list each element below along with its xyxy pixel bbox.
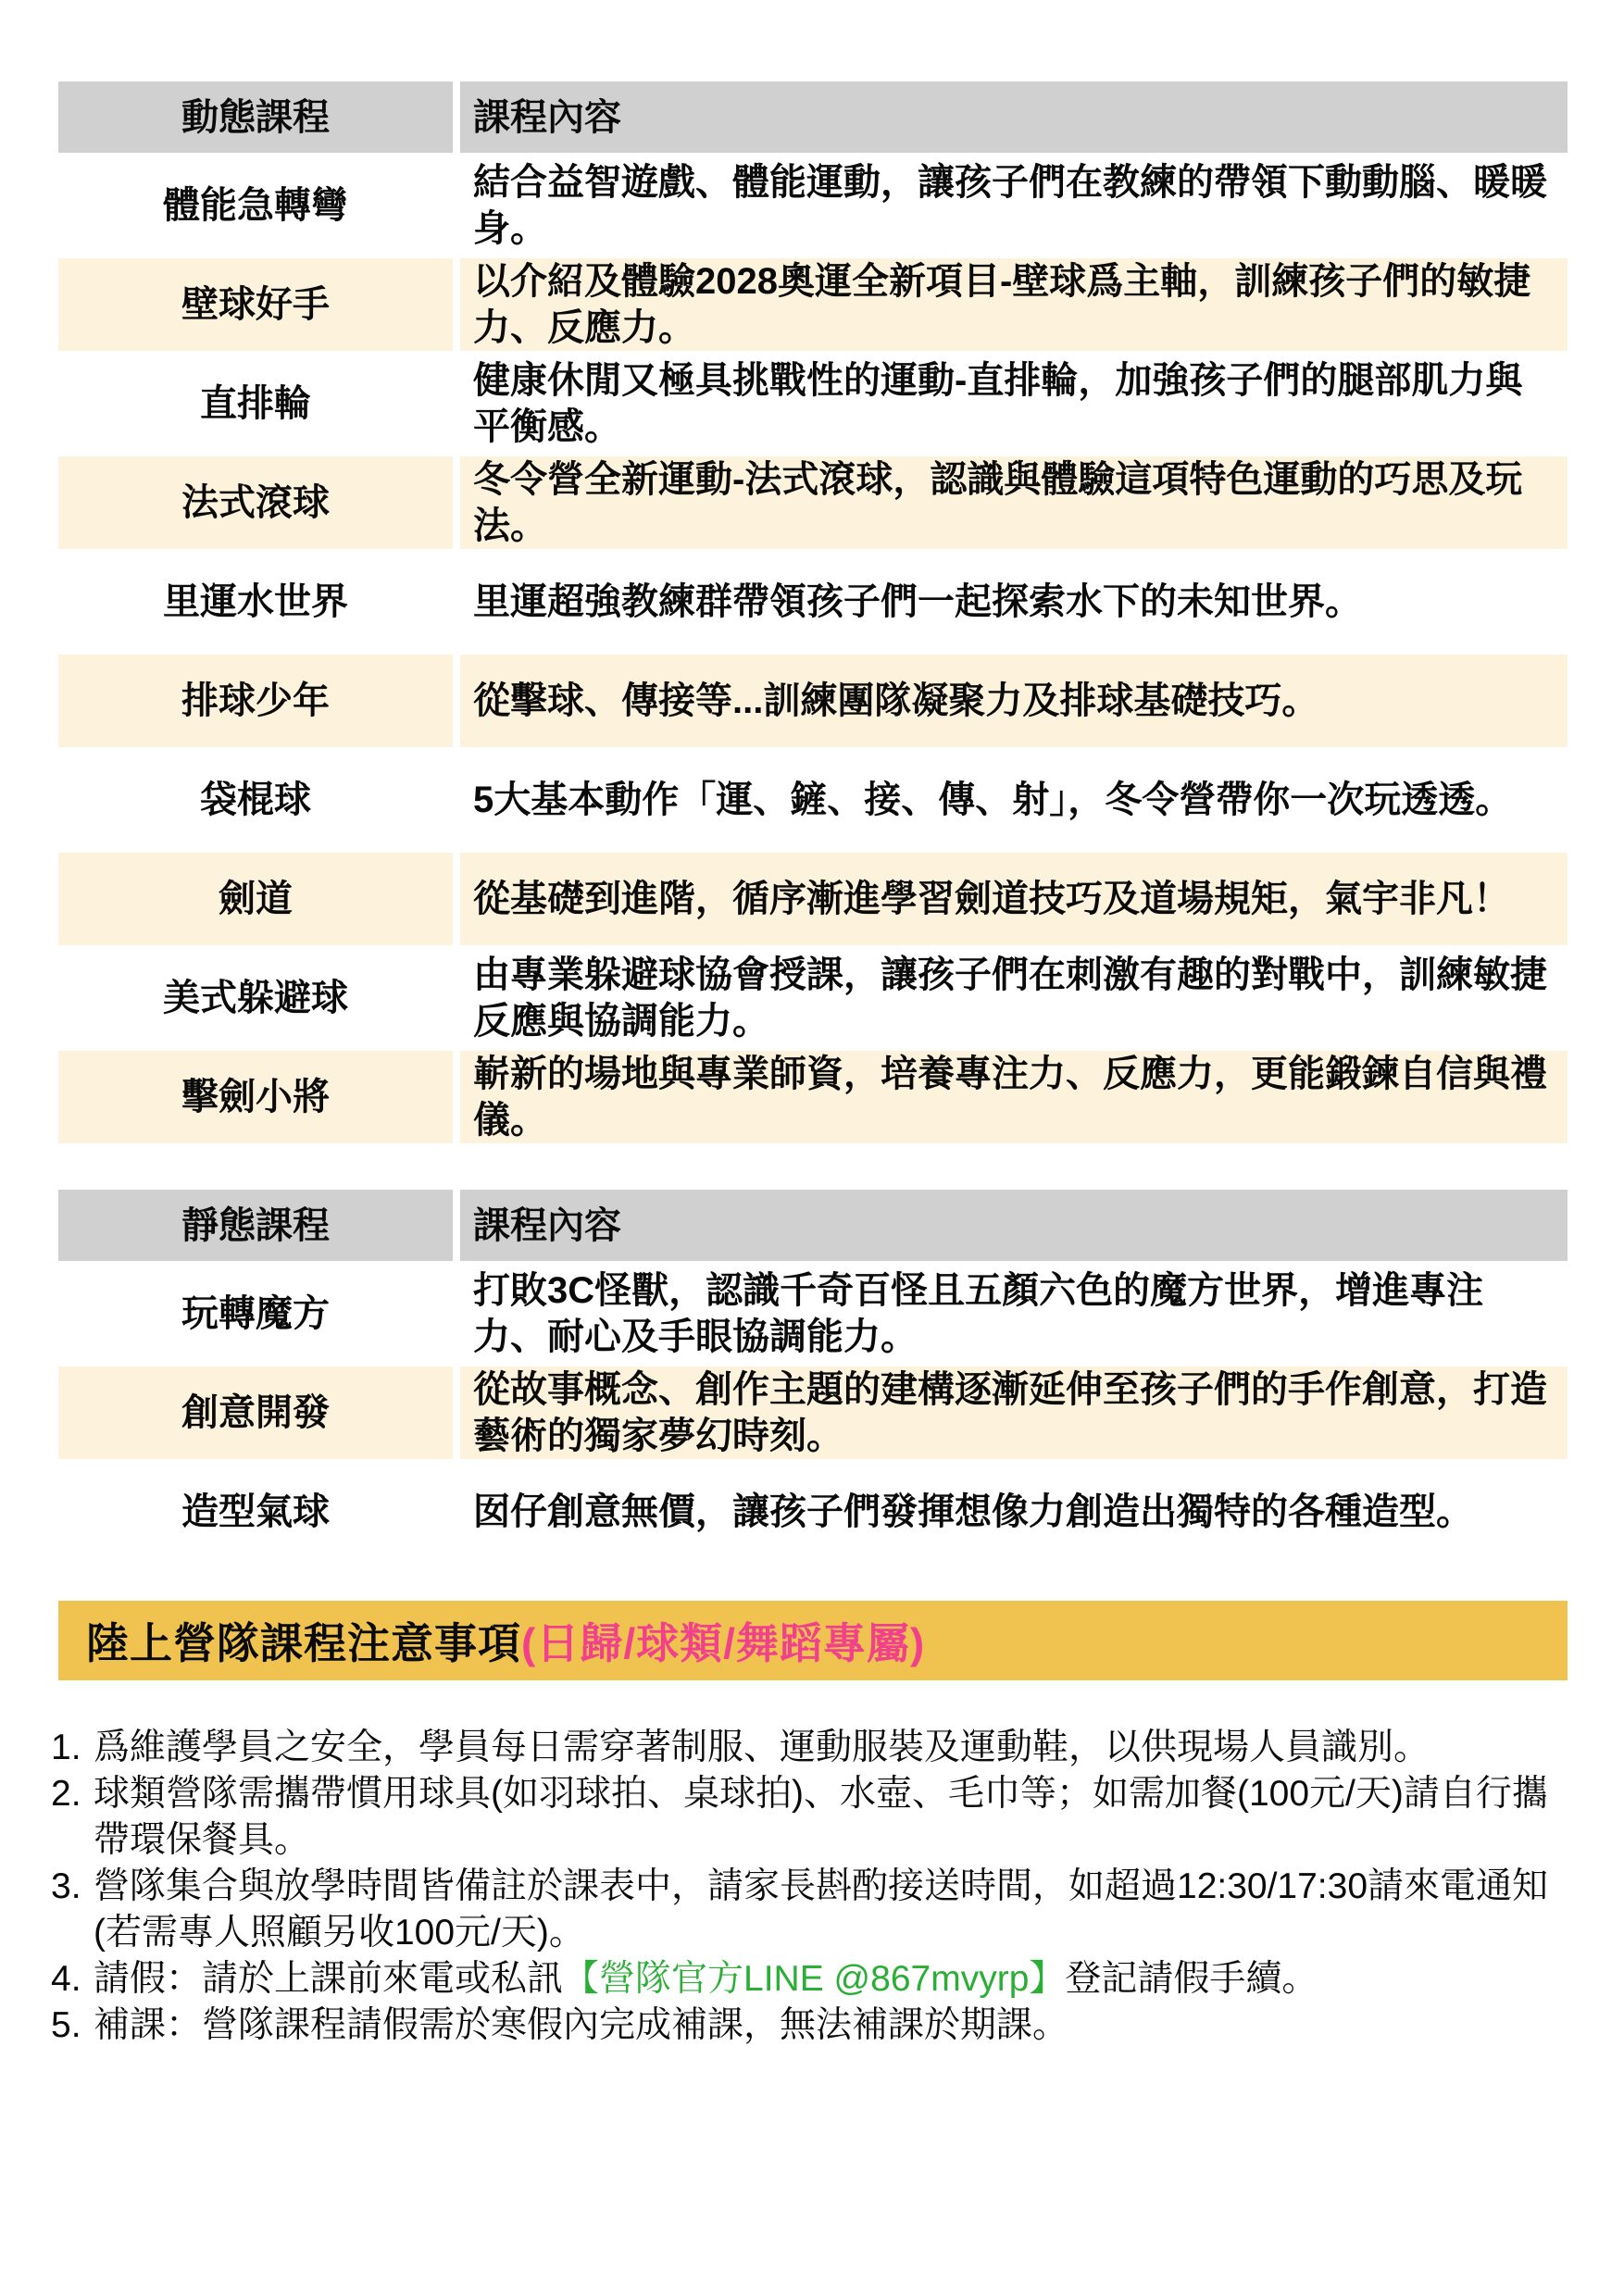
note-number: 3. <box>51 1864 94 1910</box>
table-row: 排球少年從擊球、傳接等...訓練團隊凝聚力及排球基礎技巧。 <box>58 655 1568 747</box>
note-text-part: 爲維護學員之安全，學員每日需穿著制服、運動服裝及運動鞋，以供現場人員識別。 <box>94 1728 1430 1767</box>
course-name-cell: 造型氣球 <box>58 1466 453 1558</box>
note-text-part: 營隊集合與放學時間皆備註於課表中，請家長斟酌接送時間，如超過12:30/17:3… <box>94 1866 1548 1953</box>
course-name-cell: 里運水世界 <box>58 555 453 648</box>
table-row: 玩轉魔方打敗3C怪獸，認識千奇百怪且五顏六色的魔方世界，增進專注力、耐心及手眼協… <box>58 1267 1568 1360</box>
course-desc-cell: 囡仔創意無價，讓孩子們發揮想像力創造出獨特的各種造型。 <box>460 1466 1568 1558</box>
course-desc-cell: 由專業躲避球協會授課，讓孩子們在刺激有趣的對戰中，訓練敏捷反應與協調能力。 <box>460 952 1568 1044</box>
course-desc-cell: 打敗3C怪獸，認識千奇百怪且五顏六色的魔方世界，增進專注力、耐心及手眼協調能力。 <box>460 1267 1568 1360</box>
table-header-row: 靜態課程課程內容 <box>58 1190 1568 1261</box>
content: 動態課程課程內容體能急轉彎結合益智遊戲、體能運動，讓孩子們在教練的帶領下動動腦、… <box>0 0 1568 2049</box>
course-name-cell: 壁球好手 <box>58 258 453 351</box>
course-name-cell: 劍道 <box>58 853 453 945</box>
note-item: 4.請假：請於上課前來電或私訊【營隊官方LINE @867mvyrp】登記請假手… <box>51 1956 1579 2003</box>
course-desc-cell: 嶄新的場地與專業師資，培養專注力、反應力，更能鍛鍊自信與禮儀。 <box>460 1051 1568 1143</box>
note-text-part: 球類營隊需攜帶慣用球具(如羽球拍、桌球拍)、水壺、毛巾等；如需加餐(100元/天… <box>94 1774 1548 1860</box>
table-row: 里運水世界里運超強教練群帶領孩子們一起探索水下的未知世界。 <box>58 555 1568 648</box>
note-text-part: 登記請假手續。 <box>1065 1959 1318 1999</box>
course-desc-cell: 冬令營全新運動-法式滾球，認識與體驗這項特色運動的巧思及玩法。 <box>460 456 1568 549</box>
course-desc-cell: 從故事概念、創作主題的建構逐漸延伸至孩子們的手作創意，打造藝術的獨家夢幻時刻。 <box>460 1366 1568 1459</box>
course-desc-cell: 以介紹及體驗2028奧運全新項目-壁球爲主軸，訓練孩子們的敏捷力、反應力。 <box>460 258 1568 351</box>
course-name-cell: 直排輪 <box>58 357 453 450</box>
course-desc-cell: 從擊球、傳接等...訓練團隊凝聚力及排球基礎技巧。 <box>460 655 1568 747</box>
course-desc-cell: 從基礎到進階，循序漸進學習劍道技巧及道場規矩，氣宇非凡！ <box>460 853 1568 945</box>
page: 動態課程課程內容體能急轉彎結合益智遊戲、體能運動，讓孩子們在教練的帶領下動動腦、… <box>0 0 1624 2296</box>
course-desc-cell: 健康休閒又極具挑戰性的運動-直排輪，加強孩子們的腿部肌力與平衡感。 <box>460 357 1568 450</box>
course-desc-cell: 結合益智遊戲、體能運動，讓孩子們在教練的帶領下動動腦、暖暖身。 <box>460 159 1568 252</box>
table-row: 體能急轉彎結合益智遊戲、體能運動，讓孩子們在教練的帶領下動動腦、暖暖身。 <box>58 159 1568 252</box>
note-item: 3.營隊集合與放學時間皆備註於課表中，請家長斟酌接送時間，如超過12:30/17… <box>51 1864 1579 1956</box>
note-text: 請假：請於上課前來電或私訊【營隊官方LINE @867mvyrp】登記請假手續。 <box>94 1956 1579 2003</box>
note-text: 爲維護學員之安全，學員每日需穿著制服、運動服裝及運動鞋，以供現場人員識別。 <box>94 1725 1579 1771</box>
banner-subtitle: (日歸/球類/舞蹈專屬) <box>521 1610 925 1671</box>
note-number: 2. <box>51 1771 94 1817</box>
column-header-course: 靜態課程 <box>58 1190 453 1261</box>
note-item: 2.球類營隊需攜帶慣用球具(如羽球拍、桌球拍)、水壺、毛巾等；如需加餐(100元… <box>51 1771 1579 1864</box>
note-text: 補課：營隊課程請假需於寒假內完成補課，無法補課於期課。 <box>94 2003 1579 2049</box>
note-line-contact: 【營隊官方LINE @867mvyrp】 <box>563 1959 1065 1999</box>
course-name-cell: 排球少年 <box>58 655 453 747</box>
course-name-cell: 玩轉魔方 <box>58 1267 453 1360</box>
note-text: 營隊集合與放學時間皆備註於課表中，請家長斟酌接送時間，如超過12:30/17:3… <box>94 1864 1579 1956</box>
table-row: 法式滾球冬令營全新運動-法式滾球，認識與體驗這項特色運動的巧思及玩法。 <box>58 456 1568 549</box>
note-number: 4. <box>51 1956 94 2003</box>
note-text: 球類營隊需攜帶慣用球具(如羽球拍、桌球拍)、水壺、毛巾等；如需加餐(100元/天… <box>94 1771 1579 1864</box>
table-header-row: 動態課程課程內容 <box>58 81 1568 153</box>
course-name-cell: 體能急轉彎 <box>58 159 453 252</box>
table-row: 袋棍球5大基本動作「運、鏟、接、傳、射」，冬令營帶你一次玩透透。 <box>58 754 1568 846</box>
table-row: 造型氣球囡仔創意無價，讓孩子們發揮想像力創造出獨特的各種造型。 <box>58 1466 1568 1558</box>
course-name-cell: 袋棍球 <box>58 754 453 846</box>
course-desc-cell: 里運超強教練群帶領孩子們一起探索水下的未知世界。 <box>460 555 1568 648</box>
table-row: 劍道從基礎到進階，循序漸進學習劍道技巧及道場規矩，氣宇非凡！ <box>58 853 1568 945</box>
note-number: 1. <box>51 1725 94 1771</box>
course-name-cell: 法式滾球 <box>58 456 453 549</box>
banner-title: 陸上營隊課程注意事項 <box>86 1610 521 1671</box>
course-name-cell: 擊劍小將 <box>58 1051 453 1143</box>
note-item: 5.補課：營隊課程請假需於寒假內完成補課，無法補課於期課。 <box>51 2003 1579 2049</box>
table-row: 壁球好手以介紹及體驗2028奧運全新項目-壁球爲主軸，訓練孩子們的敏捷力、反應力… <box>58 258 1568 351</box>
table-row: 擊劍小將嶄新的場地與專業師資，培養專注力、反應力，更能鍛鍊自信與禮儀。 <box>58 1051 1568 1143</box>
course-name-cell: 美式躲避球 <box>58 952 453 1044</box>
note-text-part: 補課：營隊課程請假需於寒假內完成補課，無法補課於期課。 <box>94 2005 1068 2045</box>
table-row: 創意開發從故事概念、創作主題的建構逐漸延伸至孩子們的手作創意，打造藝術的獨家夢幻… <box>58 1366 1568 1459</box>
dynamic-course-table: 動態課程課程內容體能急轉彎結合益智遊戲、體能運動，讓孩子們在教練的帶領下動動腦、… <box>58 81 1568 1143</box>
column-header-content: 課程內容 <box>460 1190 1568 1261</box>
course-desc-cell: 5大基本動作「運、鏟、接、傳、射」，冬令營帶你一次玩透透。 <box>460 754 1568 846</box>
course-name-cell: 創意開發 <box>58 1366 453 1459</box>
column-header-content: 課程內容 <box>460 81 1568 153</box>
notice-banner: 陸上營隊課程注意事項(日歸/球類/舞蹈專屬) <box>58 1601 1568 1680</box>
table-row: 美式躲避球由專業躲避球協會授課，讓孩子們在刺激有趣的對戰中，訓練敏捷反應與協調能… <box>58 952 1568 1044</box>
notes-list: 1.爲維護學員之安全，學員每日需穿著制服、運動服裝及運動鞋，以供現場人員識別。2… <box>51 1725 1579 2049</box>
note-number: 5. <box>51 2003 94 2049</box>
column-header-course: 動態課程 <box>58 81 453 153</box>
note-text-part: 請假：請於上課前來電或私訊 <box>94 1959 563 1999</box>
note-item: 1.爲維護學員之安全，學員每日需穿著制服、運動服裝及運動鞋，以供現場人員識別。 <box>51 1725 1579 1771</box>
table-row: 直排輪健康休閒又極具挑戰性的運動-直排輪，加強孩子們的腿部肌力與平衡感。 <box>58 357 1568 450</box>
static-course-table: 靜態課程課程內容玩轉魔方打敗3C怪獸，認識千奇百怪且五顏六色的魔方世界，增進專注… <box>58 1190 1568 1558</box>
